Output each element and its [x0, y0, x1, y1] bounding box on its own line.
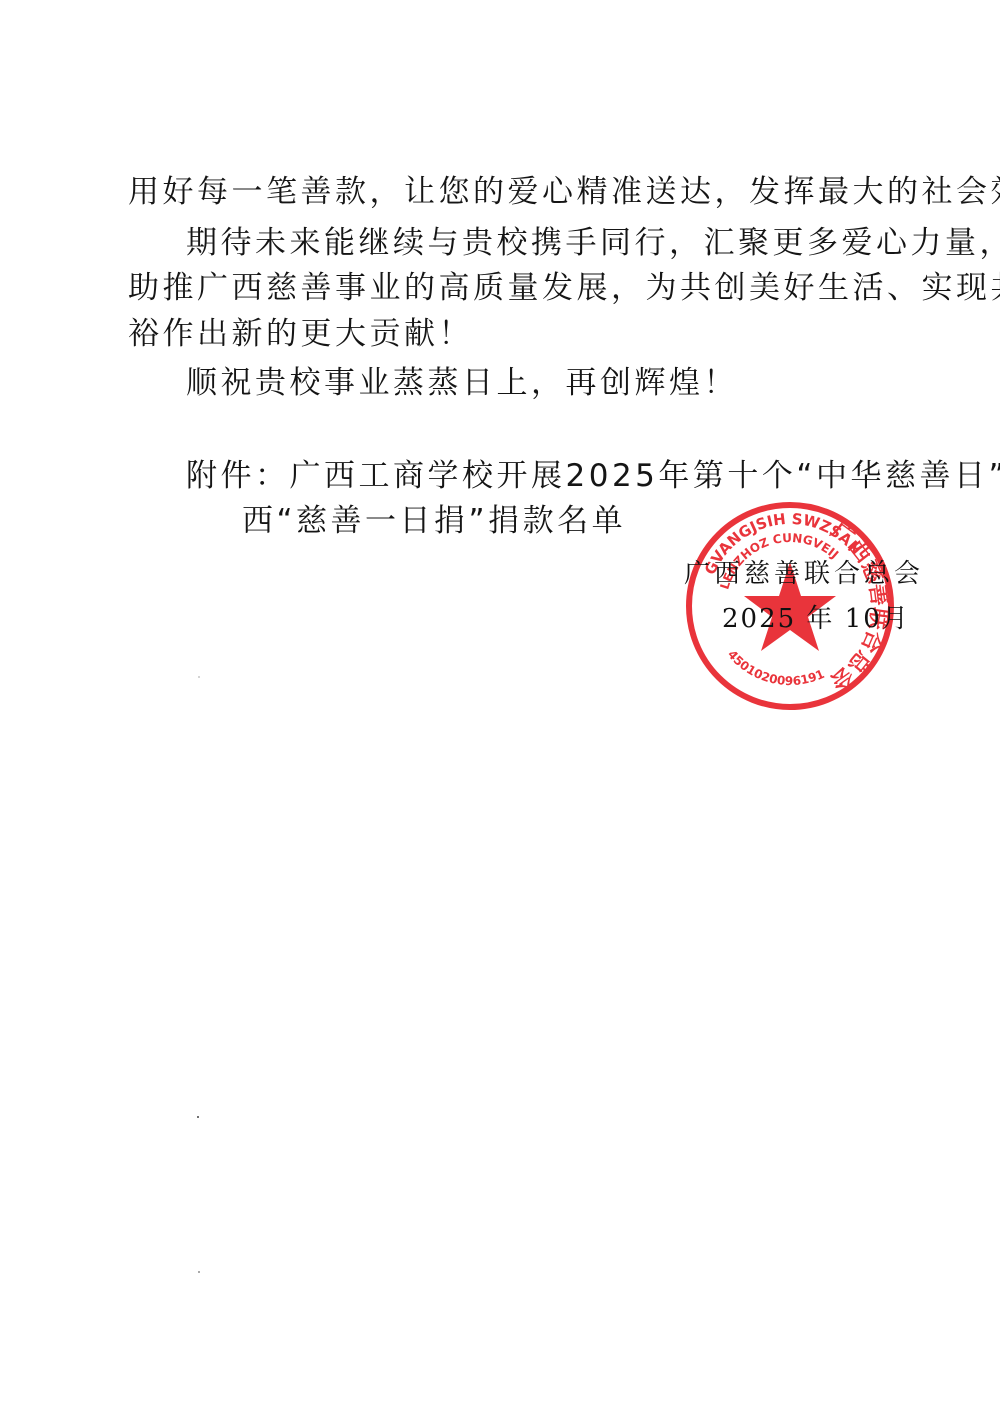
seal-number: 4501020096191 [725, 647, 827, 688]
document-page: 用好每一笔善款，让您的爱心精准送达，发挥最大的社会效益。 期待未来能继续与贵校携… [0, 0, 1000, 1415]
signature-organization: 广西慈善联合总会 [684, 553, 924, 590]
closing-greeting: 顺祝贵校事业蒸蒸日上，再创辉煌！ [186, 357, 738, 402]
attachment-line-1: 附件：广西工商学校开展2025年第十个“中华慈善日”暨广 [186, 450, 1000, 495]
scan-speck [198, 1271, 200, 1273]
body-paragraph-line: 用好每一笔善款，让您的爱心精准送达，发挥最大的社会效益。 [128, 166, 1000, 211]
body-paragraph-line: 裕作出新的更大贡献！ [128, 308, 473, 353]
body-paragraph-line: 期待未来能继续与贵校携手同行，汇聚更多爱心力量，共同 [186, 217, 1000, 262]
scan-speck [197, 1116, 199, 1118]
attachment-line-2: 西“慈善一日捐”捐款名单 [242, 495, 626, 540]
signature-date: 2025 年 10月 [722, 598, 910, 635]
scan-speck [198, 676, 200, 678]
body-paragraph-line: 助推广西慈善事业的高质量发展，为共创美好生活、实现共同富 [128, 262, 1000, 307]
